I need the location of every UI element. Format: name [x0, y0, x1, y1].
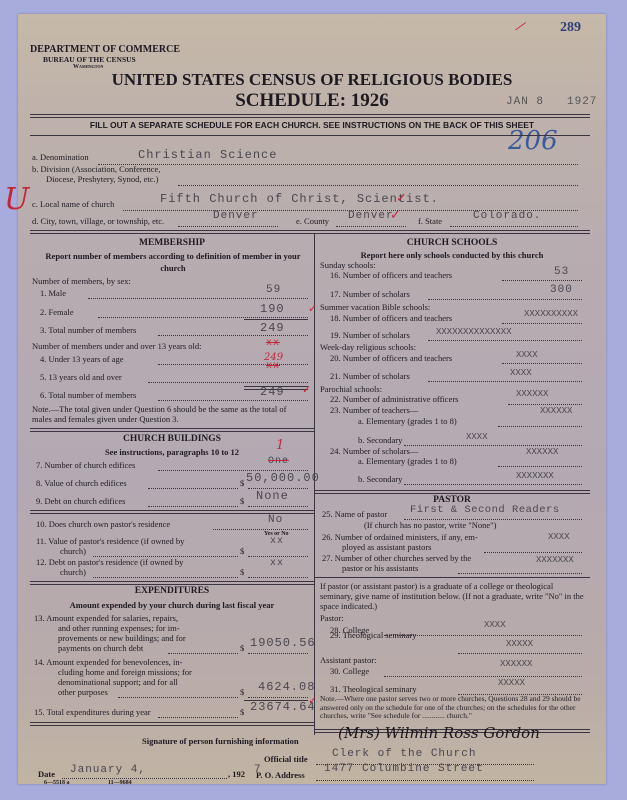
q15-field[interactable]: 23674.64 [250, 700, 316, 714]
address-field[interactable]: 1477 Columbine Street [324, 763, 484, 775]
total6-label: 6. Total number of members [40, 390, 136, 400]
division-field[interactable] [178, 185, 578, 186]
leader [404, 484, 582, 485]
leader [498, 426, 582, 427]
q13-label-2: and other running expenses; for im- [58, 623, 180, 633]
leader [248, 556, 308, 557]
q31-label: 31. Theological seminary [330, 684, 416, 694]
female-label: 2. Female [40, 307, 74, 317]
leader [502, 280, 582, 281]
male-field[interactable]: 59 [266, 284, 281, 296]
edifices-label: 7. Number of church edifices [36, 460, 135, 470]
q24a-field[interactable]: XXXXXX [526, 447, 558, 457]
rule [30, 428, 314, 432]
q24b-field[interactable]: XXXXXXX [516, 471, 554, 481]
leader [428, 299, 582, 300]
form-code: 6—5518 a [44, 780, 70, 786]
q21-label: 21. Number of scholars [330, 371, 410, 381]
leader [248, 506, 308, 507]
total6-field[interactable]: 249 [260, 385, 285, 399]
q31-field[interactable]: XXXXX [498, 678, 525, 688]
received-year: 1927 [567, 96, 597, 108]
q30-field[interactable]: XXXXXX [500, 659, 532, 669]
q13-field[interactable]: 19050.56 [250, 636, 316, 650]
leader [336, 226, 406, 227]
form-title: UNITED STATES CENSUS OF RELIGIOUS BODIES [18, 70, 606, 90]
denomination-label: a. Denomination [32, 152, 89, 162]
currency-sign: $ [240, 478, 244, 488]
city-field[interactable]: Denver [213, 210, 259, 222]
res-value-field[interactable]: xx [270, 536, 284, 547]
leader [458, 573, 582, 574]
division-label-2: Diocese, Presbytery, Synod, etc.) [46, 174, 159, 184]
currency-sign: $ [240, 546, 244, 556]
leader [98, 164, 578, 165]
age-label: Number of members under and over 13 year… [32, 341, 201, 351]
state-label: f. State [418, 216, 442, 226]
male-label: 1. Male [40, 288, 66, 298]
rule [30, 230, 590, 234]
date-label: Date [38, 769, 55, 779]
q16-label: 16. Number of officers and teachers [330, 270, 452, 280]
buildings-title: CHURCH BUILDINGS [30, 434, 314, 444]
q14-field[interactable]: 4624.08 [258, 680, 315, 694]
q28-field[interactable]: XXXX [484, 620, 506, 630]
total3-label: 3. Total number of members [40, 325, 136, 335]
rule [314, 577, 590, 578]
leader [158, 335, 308, 336]
q25-hint: (If church has no pastor, write "None") [364, 520, 496, 530]
weekday-label: Week-day religious schools: [320, 342, 416, 352]
currency-sign: $ [240, 567, 244, 577]
received-stamp: JAN 8 [506, 96, 544, 108]
res-value-label: 11. Value of pastor's residence (if owne… [36, 536, 184, 546]
q18-field[interactable]: XXXXXXXXXX [524, 309, 578, 319]
expenditures-intro: Amount expended by your church during la… [30, 600, 314, 610]
leader [62, 778, 227, 779]
q19-label: 19. Number of scholars [330, 330, 410, 340]
expenditures-title: EXPENDITURES [30, 586, 314, 596]
leader [428, 381, 582, 382]
q24b-label: b. Secondary [358, 474, 402, 484]
res-debt-field[interactable]: xx [270, 558, 284, 569]
q17-field[interactable]: 300 [550, 284, 573, 296]
leader [502, 363, 582, 364]
q13-label-3: provements or new buildings; and for [58, 633, 186, 643]
county-field[interactable]: Denver [348, 210, 394, 222]
leader [168, 653, 238, 654]
debt-label: 9. Debt on church edifices [36, 496, 125, 506]
res-value-label-2: church) [60, 546, 86, 556]
margin-mark: U [4, 182, 29, 217]
census-schedule-sheet: DEPARTMENT OF COMMERCE BUREAU OF THE CEN… [18, 14, 606, 784]
signature-field[interactable]: (Mrs) Wilmin Ross Gordon [338, 724, 540, 742]
q20-field[interactable]: XXXX [516, 350, 538, 360]
leader [148, 506, 238, 507]
pastor-sub-label: Pastor: [320, 613, 344, 623]
file-number: 289 [560, 20, 581, 36]
res-debt-label-2: church) [60, 567, 86, 577]
leader [98, 317, 308, 318]
q14-label-1: 14. Amount expended for benevolences, in… [34, 657, 182, 667]
q13-label-4: payments on church debt [58, 643, 143, 653]
q22-label: 22. Number of administrative officers [330, 394, 459, 404]
rule [30, 581, 314, 585]
leader [248, 577, 308, 578]
q20-label: 20. Number of officers and teachers [330, 353, 452, 363]
q14-label-3: denominational support; and for all [58, 677, 178, 687]
q30-label: 30. College [330, 666, 369, 676]
year-prefix: , 192 [228, 769, 245, 779]
res-debt-label: 12. Debt on pastor's residence (if owned… [36, 557, 183, 567]
leader [498, 466, 582, 467]
value-label: 8. Value of church edifices [36, 478, 127, 488]
q18-label: 18. Number of officers and teachers [330, 313, 452, 323]
under13-field[interactable]: xx [266, 338, 280, 349]
by-sex-label: Number of members, by sex: [32, 276, 131, 286]
division-label: b. Division (Association, Conference, [32, 164, 160, 174]
leader [248, 653, 308, 654]
red-check-mark: ✓ [396, 190, 407, 206]
currency-sign: $ [240, 496, 244, 506]
rule [314, 490, 590, 494]
q27-label-2: pastor or his assistants [342, 563, 418, 573]
leader [158, 717, 238, 718]
address-label: P. O. Address [256, 770, 305, 780]
leader [93, 577, 238, 578]
leader [484, 552, 582, 553]
signature-label: Signature of person furnishing informati… [142, 736, 299, 746]
official-title-label: Official title [264, 754, 308, 764]
q25-label: 25. Name of pastor [322, 509, 387, 519]
q23b-label: b. Secondary [358, 435, 402, 445]
schools-title: CHURCH SCHOOLS [314, 238, 590, 248]
q26-label-2: ployed as assistant pastors [342, 542, 431, 552]
graduate-note: If pastor (or assistant pastor) is a gra… [320, 581, 584, 611]
q29-field[interactable]: XXXXX [506, 639, 533, 649]
leader [158, 400, 308, 401]
q25-field[interactable]: First & Second Readers [410, 504, 560, 516]
denomination-field[interactable]: Christian Science [138, 148, 277, 162]
q22-field[interactable]: XXXXXX [516, 389, 548, 399]
membership-title: MEMBERSHIP [30, 238, 314, 248]
leader [502, 323, 582, 324]
q24a-label: a. Elementary (grades 1 to 8) [358, 456, 457, 466]
total3-field[interactable]: 249 [260, 321, 285, 335]
q29-label: 29. Theological seminary [330, 630, 416, 640]
print-code: 11—9684 [108, 780, 132, 786]
red-check-mark: / [512, 16, 528, 36]
leader [178, 226, 278, 227]
membership-intro: Report number of members according to de… [38, 250, 308, 274]
q15-label: 15. Total expenditures during year [34, 707, 151, 717]
debt-field[interactable]: None [256, 489, 289, 503]
leader [458, 653, 582, 654]
leader [158, 364, 308, 365]
residence-label: 10. Does church own pastor's residence [36, 519, 170, 529]
value-field[interactable]: 50,000.00 [246, 471, 320, 485]
rule [30, 722, 314, 726]
official-title-field[interactable]: Clerk of the Church [332, 748, 476, 760]
leader [508, 404, 582, 405]
local-name-label: c. Local name of church [32, 199, 114, 209]
q23b-field[interactable]: XXXX [466, 432, 488, 442]
edifices-correction: 1 [276, 438, 284, 453]
red-check-mark: ✓ [302, 383, 311, 396]
q14-label-4: other purposes [58, 687, 108, 697]
state-field[interactable]: Colorado. [473, 210, 541, 222]
q16-field[interactable]: 53 [554, 266, 569, 278]
leader [316, 780, 534, 781]
currency-sign: $ [240, 707, 244, 717]
date-field[interactable]: January 4, [70, 764, 146, 776]
pastor-note: Note.—Where one pastor serves two or mor… [320, 695, 584, 721]
q26-label: 26. Number of ordained ministers, if any… [322, 532, 478, 542]
q27-label: 27. Number of other churches served by t… [322, 553, 471, 563]
over13-label: 5. 13 years old and over [40, 372, 122, 382]
q23-label: 23. Number of teachers— [330, 405, 418, 415]
currency-sign: $ [240, 687, 244, 697]
leader [148, 382, 308, 383]
q13-label-1: 13. Amount expended for salaries, repair… [34, 613, 178, 623]
membership-note: Note.—The total given under Question 6 s… [32, 404, 308, 424]
schools-intro: Report here only schools conducted by th… [314, 250, 590, 260]
rule [30, 135, 590, 136]
leader [384, 676, 582, 677]
q14-label-2: cluding home and foreign missions; for [58, 667, 192, 677]
female-field[interactable]: 190 [260, 302, 285, 316]
summer-label: Summer vacation Bible schools: [320, 302, 430, 312]
edifices-field[interactable]: One [268, 456, 289, 467]
leader [428, 340, 582, 341]
leader [118, 697, 238, 698]
department-label: DEPARTMENT OF COMMERCE [30, 44, 180, 55]
title-rule [30, 114, 590, 118]
leader [213, 529, 308, 530]
currency-sign: $ [240, 643, 244, 653]
city-label: d. City, town, village, or township, etc… [32, 216, 164, 226]
handwritten-number: 206 [508, 126, 558, 156]
rule [244, 319, 308, 320]
leader [88, 298, 308, 299]
over13-field[interactable]: xx [266, 361, 280, 372]
q26-field[interactable]: XXXX [548, 532, 570, 542]
q27-field[interactable]: XXXXXXX [536, 555, 574, 565]
leader [148, 488, 238, 489]
under13-label: 4. Under 13 years of age [40, 354, 124, 364]
bureau-label: BUREAU OF THE CENSUS [43, 55, 136, 64]
parochial-label: Parochial schools: [320, 384, 382, 394]
sunday-label: Sunday schools: [320, 260, 376, 270]
leader [404, 445, 582, 446]
residence-field[interactable]: No [268, 514, 283, 526]
q21-field[interactable]: XXXX [510, 368, 532, 378]
q23a-field[interactable]: XXXXXX [540, 406, 572, 416]
leader [450, 226, 578, 227]
q17-label: 17. Number of scholars [330, 289, 410, 299]
red-check-mark: ✓ [308, 302, 317, 315]
red-check-mark: ✓ [390, 207, 401, 223]
leader [248, 697, 308, 698]
q23a-label: a. Elementary (grades 1 to 8) [358, 416, 457, 426]
assistant-label: Assistant pastor: [320, 655, 376, 665]
county-label: e. County [296, 216, 329, 226]
q19-field[interactable]: XXXXXXXXXXXXXX [436, 327, 512, 337]
red-check-mark: ✓ [308, 694, 317, 707]
q24-label: 24. Number of scholars— [330, 446, 418, 456]
